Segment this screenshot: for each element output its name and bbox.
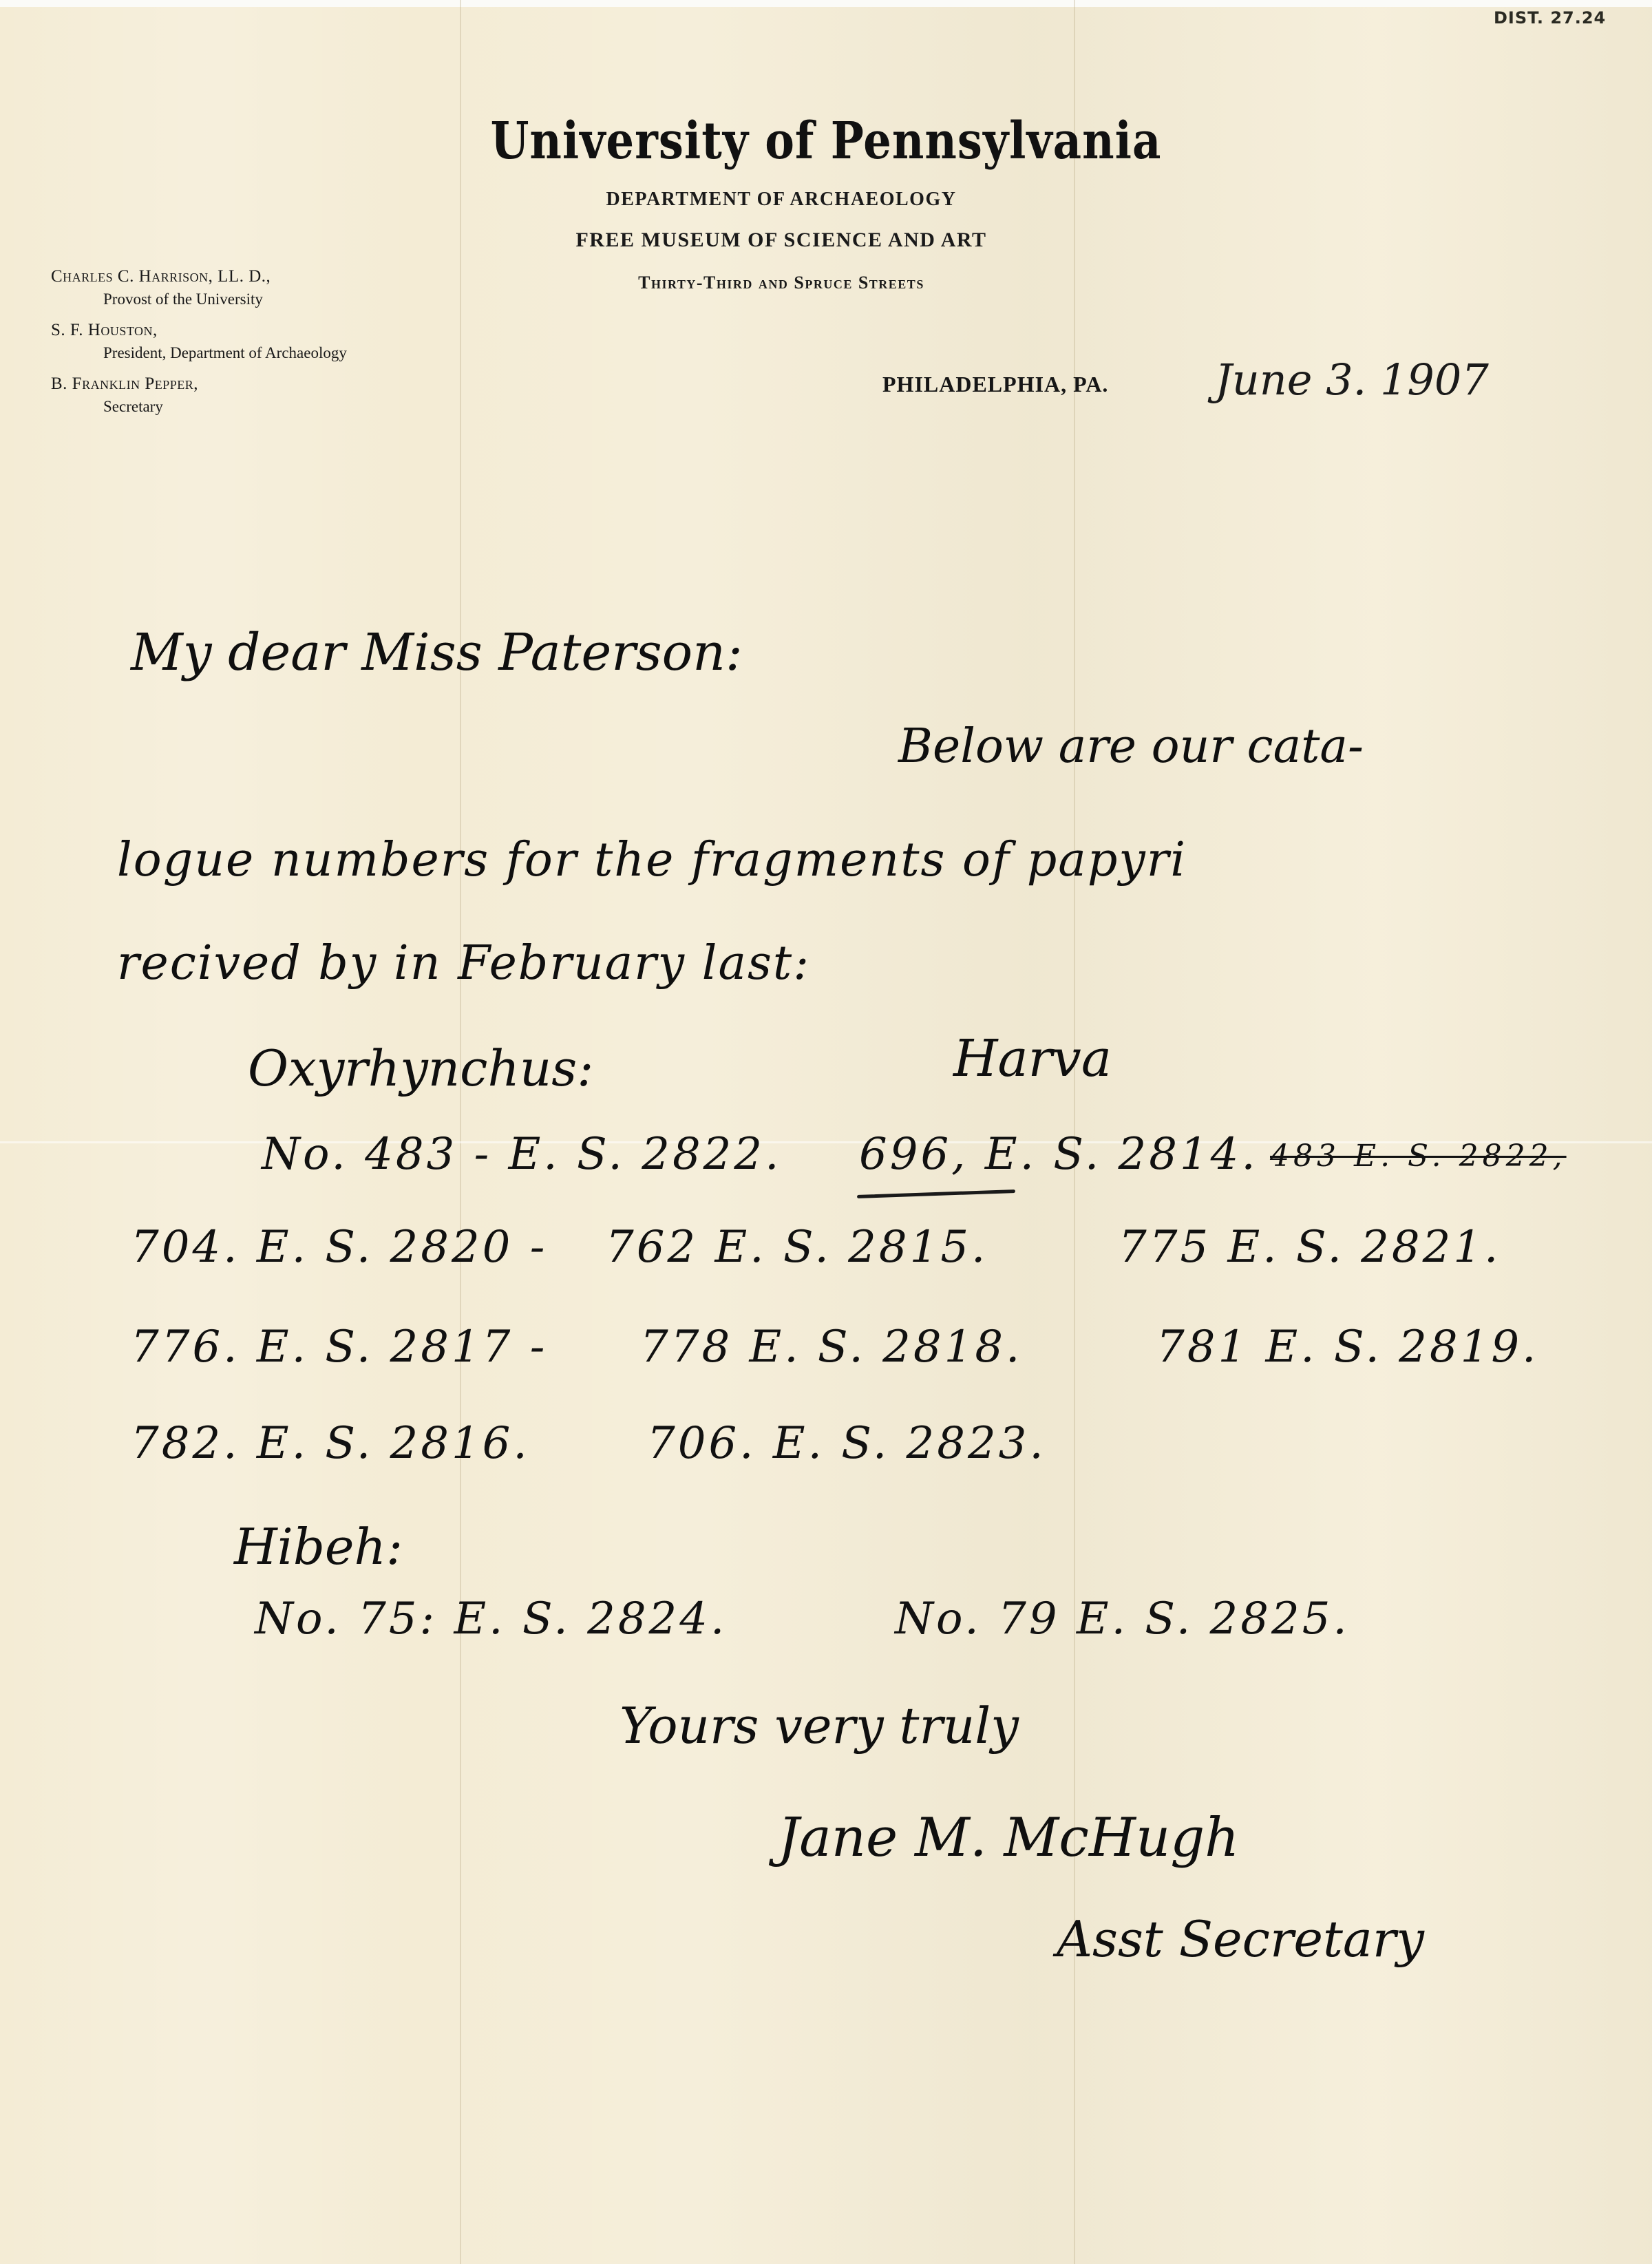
signature-title: Asst Secretary [1057, 1910, 1424, 1968]
scan-edge [0, 0, 1652, 7]
section-heading-oxyrhynchus: Oxyrhynchus: [248, 1039, 593, 1097]
section-heading-hibeh: Hibeh: [234, 1518, 403, 1576]
catalogue-entry: 704. E. S. 2820 - [131, 1222, 547, 1273]
department-name: DEPARTMENT OF ARCHAEOLOGY [0, 189, 1563, 211]
officers-list: Charles C. Harrison, LL. D., Provost of … [51, 265, 347, 426]
archive-mark: DIST. 27.24 [1494, 8, 1606, 28]
signature: Jane M. McHugh [778, 1807, 1239, 1869]
catalogue-entry: No. 79 E. S. 2825. [895, 1594, 1350, 1644]
officer-title: President, Department of Archaeology [51, 342, 347, 364]
officer-name: S. F. Houston, [51, 319, 347, 342]
officer-name: B. Franklin Pepper, [51, 372, 347, 396]
salutation: My dear Miss Paterson: [131, 623, 743, 682]
catalogue-entry: 776. E. S. 2817 - [131, 1322, 547, 1373]
body-line: recived by in February last: [117, 936, 810, 991]
catalogue-entry: 781 E. S. 2819. [1156, 1322, 1538, 1373]
officer: Charles C. Harrison, LL. D., Provost of … [51, 265, 347, 310]
catalogue-entry: 782. E. S. 2816. [131, 1418, 530, 1469]
place-line: PHILADELPHIA, PA. [882, 372, 1108, 397]
catalogue-entry: 706. E. S. 2823. [647, 1418, 1046, 1469]
catalogue-entry: 775 E. S. 2821. [1119, 1222, 1501, 1273]
institution-name: University of Pennsylvania [0, 112, 1652, 171]
body-line: Below are our cata- [898, 719, 1364, 774]
officer: B. Franklin Pepper, Secretary [51, 372, 347, 418]
catalogue-entry: No. 483 - E. S. 2822. [262, 1129, 781, 1180]
catalogue-entry: 778 E. S. 2818. [640, 1322, 1022, 1373]
catalogue-entry: 762 E. S. 2815. [606, 1222, 988, 1273]
body-line: logue numbers for the fragments of papyr… [117, 833, 1187, 887]
officer-title: Provost of the University [51, 288, 347, 310]
officer: S. F. Houston, President, Department of … [51, 319, 347, 364]
marginal-annotation: Harva [953, 1029, 1112, 1088]
closing: Yours very truly [619, 1697, 1019, 1755]
catalogue-entry-underlined: 696, E. S. 2814. [859, 1129, 1258, 1180]
officer-name: Charles C. Harrison, LL. D., [51, 265, 347, 288]
catalogue-entry-struck: 483 E. S. 2822, [1270, 1139, 1567, 1174]
museum-name: FREE MUSEUM OF SCIENCE AND ART [0, 229, 1563, 252]
letter-date: June 3. 1907 [1215, 355, 1489, 405]
catalogue-entry: No. 75: E. S. 2824. [255, 1594, 727, 1644]
officer-title: Secretary [51, 396, 347, 418]
